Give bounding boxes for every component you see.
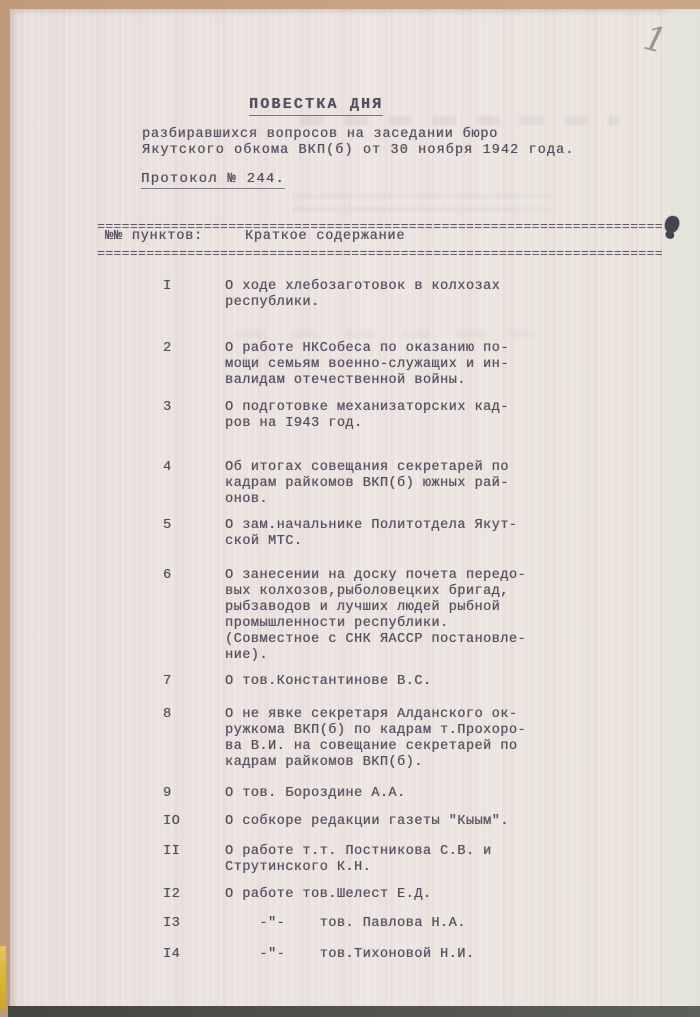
agenda-item-text: О собкоре редакции газеты "Кыым". [225, 814, 663, 830]
agenda-item-text: О работе НКСобеса по оказанию по- мощи с… [225, 341, 663, 389]
paper-right-edge [661, 9, 700, 1017]
agenda-item-text: О ходе хлебозаготовок в колхозах республ… [225, 279, 663, 311]
agenda-rows: I О ходе хлебозаготовок в колхозах респу… [163, 279, 663, 963]
table-rule-bottom: ========================================… [97, 246, 663, 261]
agenda-item-text: -"- тов.Тихоновой Н.И. [225, 947, 663, 963]
agenda-item-text: О подготовке механизаторских кад- ров на… [225, 400, 663, 432]
agenda-row: 9 О тов. Бороздине А.А. [163, 786, 663, 802]
agenda-item-text: Об итогах совещания секретарей по кадрам… [225, 460, 663, 508]
document-subtitle-line1: разбиравшихся вопросов на заседании бюро [142, 127, 498, 142]
agenda-item-text: О не явке секретаря Алданского ок- ружко… [225, 707, 663, 771]
agenda-item-number: 3 [163, 400, 225, 416]
agenda-item-text: -"- тов. Павлова Н.А. [225, 916, 663, 932]
agenda-row: I4 -"- тов.Тихоновой Н.И. [163, 947, 663, 963]
agenda-row: 6 О занесении на доску почета передо- вы… [163, 568, 663, 664]
agenda-item-text: О тов.Константинове В.С. [225, 674, 663, 690]
agenda-row: 2 О работе НКСобеса по оказанию по- мощи… [163, 341, 663, 389]
agenda-row: 3 О подготовке механизаторских кад- ров … [163, 400, 663, 432]
agenda-item-number: 7 [163, 674, 225, 690]
agenda-item-number: 5 [163, 518, 225, 534]
agenda-item-text: О тов. Бороздине А.А. [225, 786, 663, 802]
yellow-edge-strip [0, 946, 6, 1010]
column-header-items: №№ пунктов: [105, 229, 203, 244]
agenda-item-number: 6 [163, 568, 225, 584]
agenda-row: 8 О не явке секретаря Алданского ок- руж… [163, 707, 663, 771]
document-title: ПОВЕСТКА ДНЯ [249, 96, 383, 116]
agenda-item-number: I [163, 279, 225, 295]
protocol-number: Протокол № 244. [141, 171, 285, 189]
agenda-row: 5 О зам.начальнике Политотдела Якут- ско… [163, 518, 663, 550]
agenda-item-text: О занесении на доску почета передо- вых … [225, 568, 663, 664]
agenda-item-text: О зам.начальнике Политотдела Якут- ской … [225, 518, 663, 550]
agenda-item-number: II [163, 844, 225, 860]
agenda-item-text: О работе т.т. Постникова С.В. и Струтинс… [225, 844, 663, 876]
document-subtitle-line2: Якутского обкома ВКП(б) от 30 ноября 194… [142, 143, 574, 158]
agenda-row: IO О собкоре редакции газеты "Кыым". [163, 814, 663, 830]
agenda-item-number: 2 [163, 341, 225, 357]
agenda-item-number: 4 [163, 460, 225, 476]
agenda-item-text: О работе тов.Шелест Е.Д. [225, 887, 663, 903]
agenda-item-number: 8 [163, 707, 225, 723]
column-header-summary: Краткое содержание [245, 229, 405, 244]
agenda-row: I3 -"- тов. Павлова Н.А. [163, 916, 663, 932]
agenda-item-number: 9 [163, 786, 225, 802]
agenda-item-number: IO [163, 814, 225, 830]
agenda-item-number: I3 [163, 916, 225, 932]
agenda-item-number: I4 [163, 947, 225, 963]
agenda-item-number: I2 [163, 887, 225, 903]
agenda-row: I О ходе хлебозаготовок в колхозах респу… [163, 279, 663, 311]
scan-bottom-strip [8, 1006, 700, 1017]
agenda-row: 7 О тов.Константинове В.С. [163, 674, 663, 690]
agenda-row: I2 О работе тов.Шелест Е.Д. [163, 887, 663, 903]
agenda-row: 4 Об итогах совещания секретарей по кадр… [163, 460, 663, 508]
agenda-row: II О работе т.т. Постникова С.В. и Струт… [163, 844, 663, 876]
